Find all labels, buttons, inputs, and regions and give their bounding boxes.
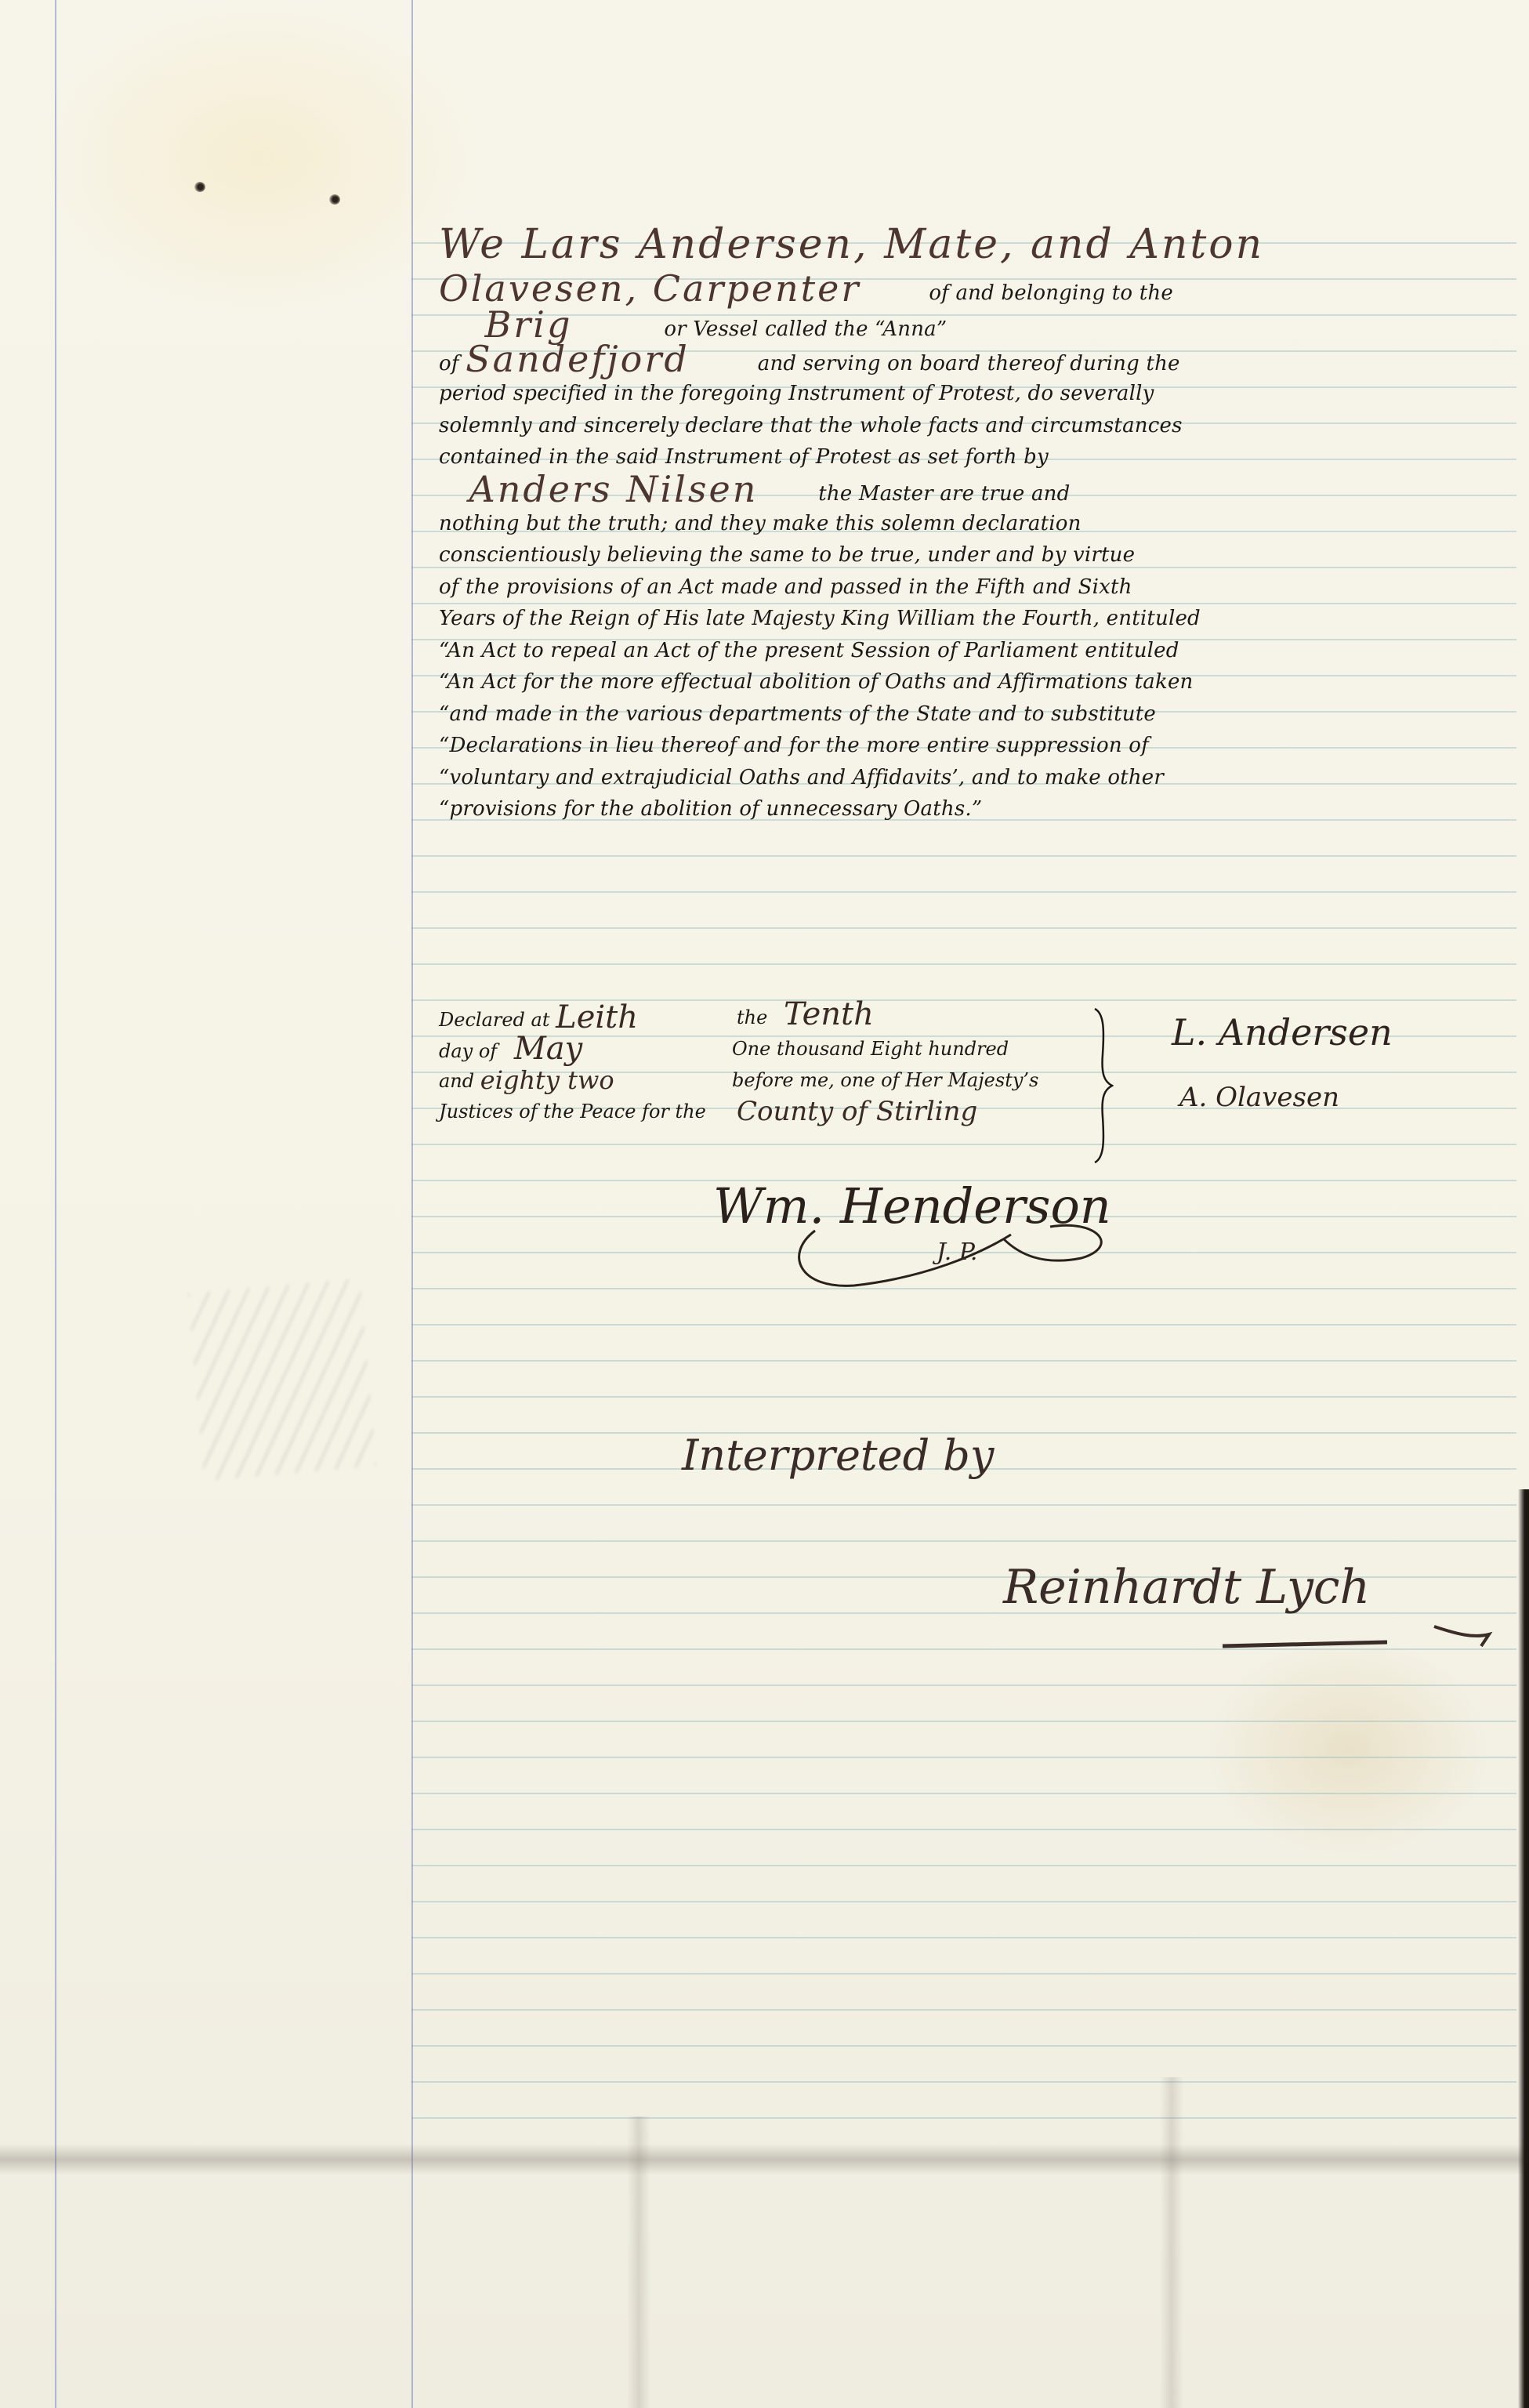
body-text: the Master are true and: [818, 482, 1070, 506]
signature-l-andersen: L. Andersen: [1172, 1011, 1393, 1053]
body-text: conscientiously believing the same to be…: [439, 543, 1135, 567]
justice-title: J. P.: [937, 1238, 977, 1266]
jurat-text: Declared at: [439, 1009, 550, 1031]
body-text: of: [439, 352, 459, 375]
jurat-text: day of: [439, 1040, 497, 1062]
body-text: Years of the Reign of His late Majesty K…: [439, 607, 1201, 630]
jurisdiction: County of Stirling: [737, 1096, 977, 1127]
outer-margin-line: [55, 0, 56, 2408]
body-text: nothing but the truth; and they make thi…: [439, 512, 1082, 535]
home-port: Sandefjord: [466, 338, 690, 380]
body-text: period specified in the foregoing Instru…: [439, 382, 1154, 405]
body-text: of the provisions of an Act made and pas…: [439, 575, 1132, 599]
jurat-text: the: [737, 1002, 767, 1033]
jurat-row: Declared at Leith the Tenth: [439, 1002, 1113, 1033]
jurat-row: Justices of the Peace for the County of …: [439, 1096, 1113, 1127]
jurat-text: before me, one of Her Majesty’s: [732, 1064, 1038, 1096]
jurat-row: and eighty two before me, one of Her Maj…: [439, 1064, 1113, 1096]
body-line: “Declarations in lieu thereof and for th…: [439, 730, 1516, 762]
body-line: of Sandefjord and serving on board there…: [439, 343, 1516, 378]
declarants-names: We Lars Andersen, Mate, and Anton: [439, 221, 1264, 268]
month-of-declaration: May: [514, 1031, 582, 1067]
body-line: of the provisions of an Act made and pas…: [439, 571, 1516, 604]
body-line: “An Act for the more effectual abolition…: [439, 666, 1516, 698]
jurat-text: Justices of the Peace for the: [439, 1101, 706, 1122]
body-text: contained in the said Instrument of Prot…: [439, 445, 1049, 469]
vessel-name-text: or Vessel called the “Anna”: [664, 317, 947, 341]
body-text: “provisions for the abolition of unneces…: [439, 797, 982, 821]
body-text: “An Act to repeal an Act of the present …: [439, 639, 1179, 662]
body-line: “voluntary and extrajudicial Oaths and A…: [439, 762, 1516, 794]
body-line: “An Act to repeal an Act of the present …: [439, 635, 1516, 667]
body-text: of and belonging to the: [929, 281, 1173, 305]
jurat-row: day of May One thousand Eight hundred: [439, 1033, 1113, 1064]
body-text: “Declarations in lieu thereof and for th…: [439, 734, 1149, 757]
body-text: solemnly and sincerely declare that the …: [439, 414, 1183, 437]
signature-a-olavesen: A. Olavesen: [1179, 1082, 1339, 1113]
inner-margin-line: [411, 0, 413, 2408]
document-page: We Lars Andersen, Mate, and Anton Olaves…: [0, 0, 1529, 2408]
declaration-body: We Lars Andersen, Mate, and Anton Olaves…: [439, 221, 1516, 825]
day-of-declaration: Tenth: [784, 999, 874, 1030]
body-line: solemnly and sincerely declare that the …: [439, 410, 1516, 442]
body-text: “and made in the various departments of …: [439, 702, 1156, 726]
master-name: Anders Nilsen: [469, 468, 758, 510]
body-line: We Lars Andersen, Mate, and Anton: [439, 221, 1516, 268]
paper-fold-crease-vertical: [627, 2116, 650, 2408]
signature-underline: [1207, 1599, 1505, 1662]
body-line: “provisions for the abolition of unneces…: [439, 793, 1516, 825]
body-line: nothing but the truth; and they make thi…: [439, 508, 1516, 540]
paper-fold-crease-vertical: [1160, 2077, 1183, 2408]
interpreted-by-label: Interpreted by: [682, 1431, 994, 1480]
body-line: Olavesen, Carpenter of and belonging to …: [439, 268, 1516, 309]
paper-fold-crease: [0, 2144, 1529, 2175]
body-line: Years of the Reign of His late Majesty K…: [439, 603, 1516, 635]
curly-brace: [1093, 1007, 1114, 1164]
body-line: “and made in the various departments of …: [439, 698, 1516, 731]
body-text: “voluntary and extrajudicial Oaths and A…: [439, 766, 1164, 789]
page-edge-shadow: [1518, 1489, 1529, 2408]
body-line: conscientiously believing the same to be…: [439, 539, 1516, 571]
punch-hole: [194, 182, 205, 192]
body-text: “An Act for the more effectual abolition…: [439, 670, 1193, 694]
declaration-jurat: Declared at Leith the Tenth day of May O…: [439, 1002, 1113, 1127]
jurat-text: and: [439, 1070, 474, 1092]
body-line: period specified in the foregoing Instru…: [439, 378, 1516, 410]
body-text: and serving on board thereof during the: [758, 352, 1180, 375]
jurat-text: One thousand Eight hundred: [732, 1033, 1009, 1064]
body-line: Anders Nilsen the Master are true and: [439, 473, 1516, 508]
year-of-declaration: eighty two: [480, 1065, 614, 1095]
punch-hole: [329, 194, 340, 205]
offset-ghost-mark: [188, 1278, 376, 1481]
